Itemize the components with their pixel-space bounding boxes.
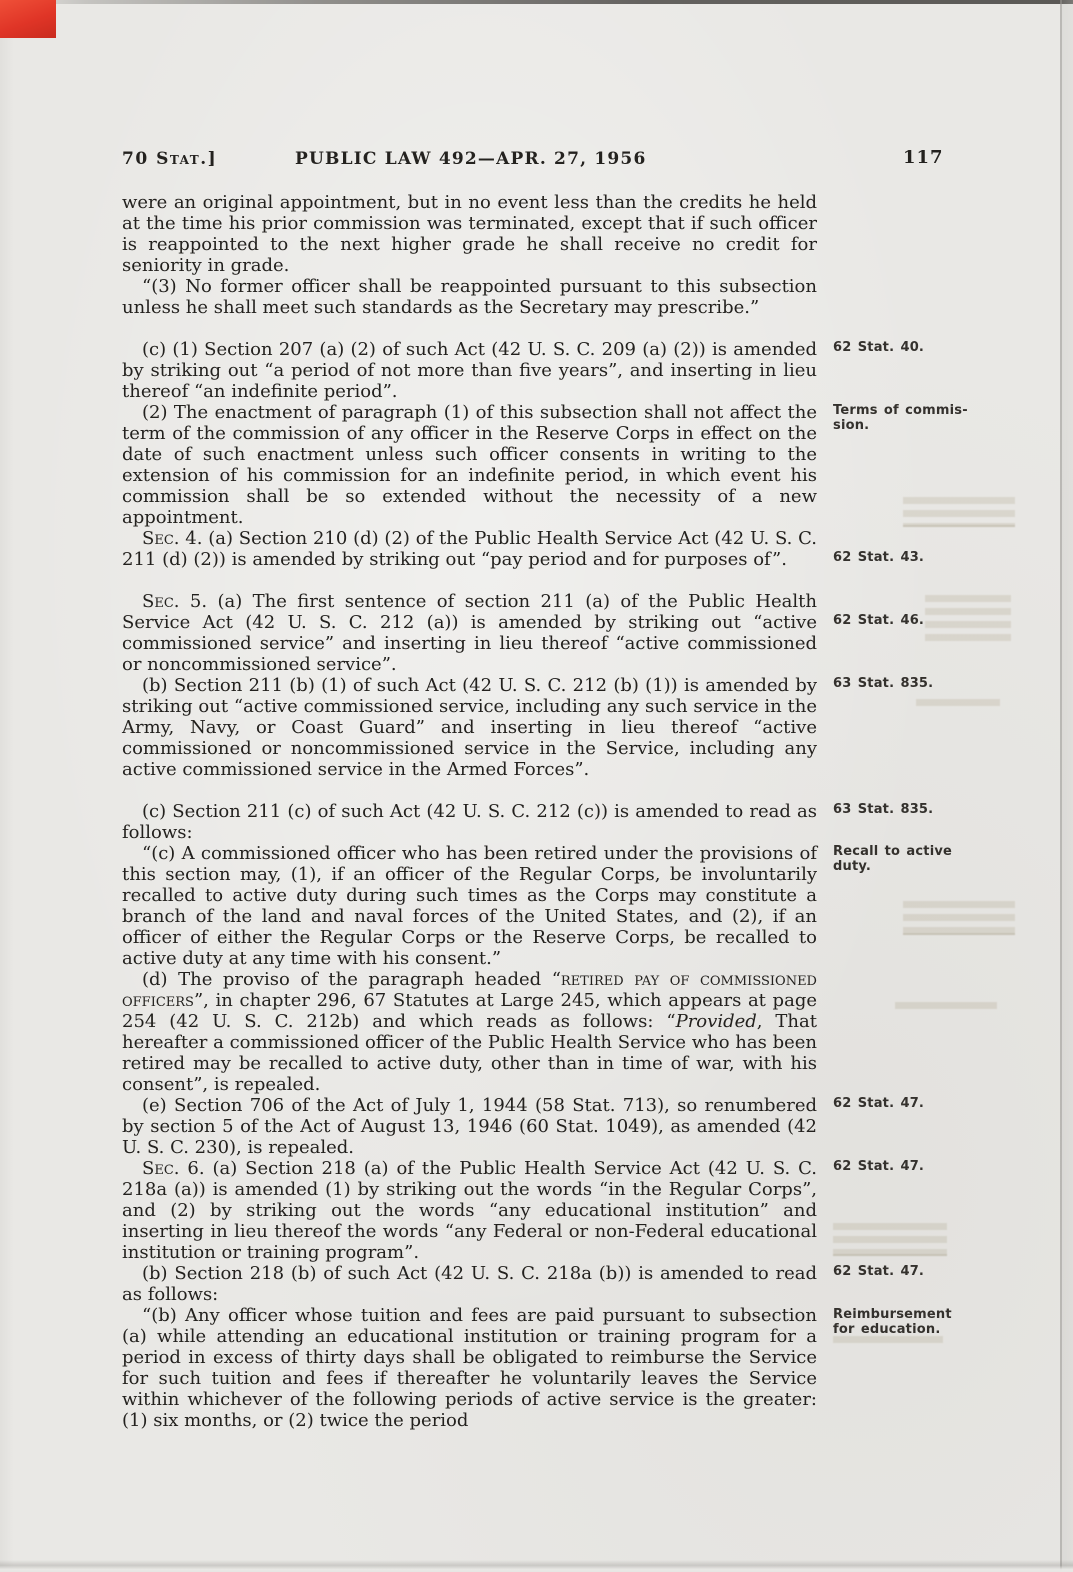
margin-note: 62 Stat. 47. — [833, 1265, 1028, 1280]
scan-right-edge — [1060, 0, 1073, 1572]
bleed-through-mark — [903, 901, 1015, 935]
statute-page: 70 Stat.] PUBLIC LAW 492—APR. 27, 1956 1… — [0, 0, 1073, 1572]
text-segment: (2) The enactment of paragraph (1) of th… — [122, 402, 817, 528]
body-paragraph: (2) The enactment of paragraph (1) of th… — [122, 402, 817, 528]
margin-note-line: 62 Stat. 47. — [833, 1265, 1028, 1280]
margin-note-line: Reimbursement — [833, 1308, 1028, 1323]
text-segment: Sec. 5. — [142, 591, 207, 612]
body-paragraph: Sec. 4. (a) Section 210 (d) (2) of the P… — [122, 528, 817, 570]
margin-note: Recall to activeduty. — [833, 845, 1028, 874]
margin-note: Reimbursementfor education. — [833, 1308, 1028, 1337]
bleed-through-mark — [833, 1336, 943, 1348]
margin-note: 62 Stat. 43. — [833, 551, 1028, 566]
margin-note: Terms of commis-sion. — [833, 404, 1028, 433]
margin-note-line: 62 Stat. 47. — [833, 1097, 1028, 1112]
margin-note: 62 Stat. 47. — [833, 1160, 1028, 1175]
text-segment: Sec. 4. — [142, 528, 202, 549]
page-number: 117 — [903, 147, 944, 168]
law-title: PUBLIC LAW 492—APR. 27, 1956 — [295, 149, 646, 169]
text-segment: (a) Section 218 (a) of the Public Health… — [122, 1158, 817, 1263]
text-segment: (d) The proviso of the paragraph headed … — [142, 969, 561, 990]
margin-note: 63 Stat. 835. — [833, 803, 1028, 818]
text-segment: Sec. 6. — [142, 1158, 205, 1179]
text-segment: “(3) No former officer shall be reappoin… — [122, 276, 817, 318]
margin-note-line: duty. — [833, 860, 1028, 875]
stat-volume-label: 70 Stat.] — [122, 149, 217, 169]
text-segment: “(c) A commissioned officer who has been… — [122, 843, 817, 969]
margin-note-line: for education. — [833, 1323, 1028, 1338]
margin-note-line: Terms of commis- — [833, 404, 1028, 419]
bleed-through-mark — [925, 595, 1011, 643]
margin-note: 62 Stat. 40. — [833, 341, 1028, 356]
text-segment: (b) Section 218 (b) of such Act (42 U. S… — [122, 1263, 817, 1305]
text-segment: “(b) Any officer whose tuition and fees … — [122, 1305, 817, 1431]
body-paragraph: “(c) A commissioned officer who has been… — [122, 843, 817, 969]
body-paragraph: (c) (1) Section 207 (a) (2) of such Act … — [122, 339, 817, 402]
text-segment: (a) The first sentence of section 211 (a… — [122, 591, 817, 675]
margin-note-line: 62 Stat. 47. — [833, 1160, 1028, 1175]
body-paragraph: were an original appointment, but in no … — [122, 192, 817, 276]
bleed-through-mark — [903, 497, 1015, 527]
body-paragraph: Sec. 6. (a) Section 218 (a) of the Publi… — [122, 1158, 817, 1263]
body-paragraph: Sec. 5. (a) The first sentence of sectio… — [122, 591, 817, 675]
bleed-through-mark — [916, 699, 1000, 711]
margin-note: 63 Stat. 835. — [833, 677, 1028, 692]
margin-note: 62 Stat. 47. — [833, 1097, 1028, 1112]
scan-bottom-edge — [0, 1560, 1073, 1572]
body-paragraph: (e) Section 706 of the Act of July 1, 19… — [122, 1095, 817, 1158]
margin-note-line: Recall to active — [833, 845, 1028, 860]
text-segment: Provided — [676, 1011, 757, 1032]
bleed-through-mark — [895, 1002, 997, 1014]
scan-top-edge — [0, 0, 1073, 4]
text-segment: (b) Section 211 (b) (1) of such Act (42 … — [122, 675, 817, 780]
text-segment: (e) Section 706 of the Act of July 1, 19… — [122, 1095, 817, 1158]
body-paragraph: (b) Section 218 (b) of such Act (42 U. S… — [122, 1263, 817, 1305]
margin-note-line: 63 Stat. 835. — [833, 677, 1028, 692]
body-paragraph: (b) Section 211 (b) (1) of such Act (42 … — [122, 675, 817, 780]
text-segment: (c) Section 211 (c) of such Act (42 U. S… — [122, 801, 817, 843]
body-paragraph: “(b) Any officer whose tuition and fees … — [122, 1305, 817, 1431]
body-paragraph: (c) Section 211 (c) of such Act (42 U. S… — [122, 801, 817, 843]
body-paragraph: “(3) No former officer shall be reappoin… — [122, 276, 817, 318]
margin-note-line: 62 Stat. 43. — [833, 551, 1028, 566]
bleed-through-mark — [833, 1223, 947, 1256]
margin-note-line: sion. — [833, 419, 1028, 434]
body-paragraph: (d) The proviso of the paragraph headed … — [122, 969, 817, 1095]
margin-note-line: 62 Stat. 40. — [833, 341, 1028, 356]
text-segment: (c) (1) Section 207 (a) (2) of such Act … — [122, 339, 817, 402]
text-segment: (a) Section 210 (d) (2) of the Public He… — [122, 528, 817, 570]
scan-corner-mark — [0, 0, 56, 38]
margin-note-line: 63 Stat. 835. — [833, 803, 1028, 818]
text-segment: were an original appointment, but in no … — [122, 192, 817, 276]
